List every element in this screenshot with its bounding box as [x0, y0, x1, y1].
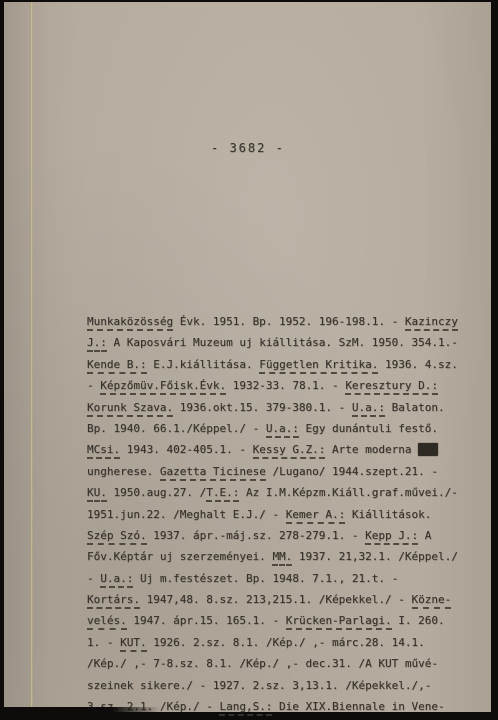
- text-segment: Keresztury D.:: [345, 379, 438, 395]
- text-segment: 1936.okt.15. 379-380.1. -: [173, 401, 352, 414]
- text-line: J.: A Kaposvári Muzeum uj kiállitása. Sz…: [87, 332, 479, 353]
- text-segment: Uj m.festészet. Bp. 1948. 7.1., 21.t. -: [133, 572, 398, 585]
- text-segment: 1926. 2.sz. 8.1. /Kép./ ,- márc.28. 14.1…: [147, 636, 425, 649]
- text-segment: 1950.aug.27. /: [107, 486, 206, 499]
- text-segment: Lang,S.:: [219, 700, 272, 716]
- text-line: - U.a.: Uj m.festészet. Bp. 1948. 7.1., …: [87, 568, 479, 589]
- text-line: /Kép./ ,- 7-8.sz. 8.1. /Kép./ ,- dec.31.…: [87, 653, 479, 674]
- bibliography-text-block: Munkaközösség Évk. 1951. Bp. 1952. 196-1…: [87, 311, 479, 717]
- text-line: Kende B.: E.J.kiállitása. Független Krit…: [87, 354, 479, 375]
- text-segment: 1936. 4.sz.: [378, 358, 457, 371]
- text-segment: 1937. ápr.-máj.sz. 278-279.1. -: [147, 529, 366, 542]
- text-segment: Az I.M.Képzm.Kiáll.graf.művei./-: [239, 486, 458, 499]
- text-segment: 1. -: [87, 636, 120, 649]
- text-segment: A Kaposvári Muzeum uj kiállitása. SzM. 1…: [107, 336, 458, 349]
- text-segment: U.a.:: [352, 401, 385, 417]
- text-segment: Kiállitások.: [345, 508, 431, 521]
- text-segment: MCsi.: [87, 443, 120, 459]
- scanned-page: { "page": { "number_label": "- 3682 -" }…: [0, 0, 498, 720]
- text-segment: KUT.: [120, 636, 147, 652]
- text-segment: Kazinczy: [405, 315, 458, 331]
- text-segment: Egy dunántuli festő.: [299, 422, 438, 435]
- text-segment: Kortárs.: [87, 593, 140, 609]
- text-line: Korunk Szava. 1936.okt.15. 379-380.1. - …: [87, 397, 479, 418]
- text-line: velés. 1947. ápr.15. 165.1. - Krücken-Pa…: [87, 610, 479, 631]
- text-segment: Kende B.:: [87, 358, 147, 374]
- text-segment: Független Kritika.: [259, 358, 378, 374]
- text-segment: Arte moderna: [325, 443, 418, 456]
- text-line: ungherese. Gazetta Ticinese /Lugano/ 194…: [87, 461, 479, 482]
- text-segment: szeinek sikere./ - 1927. 2.sz. 3,13.1. /…: [87, 679, 431, 692]
- text-segment: Főv.Képtár uj szerzeményei.: [87, 550, 272, 563]
- text-line: 1. - KUT. 1926. 2.sz. 8.1. /Kép./ ,- már…: [87, 632, 479, 653]
- text-line: - Képzőmüv.Főisk.Évk. 1932-33. 78.1. - K…: [87, 375, 479, 396]
- text-segment: ungherese.: [87, 465, 160, 478]
- text-segment: U.a.:: [266, 422, 299, 438]
- text-segment: 1951.jun.22. /Meghalt E.J./ -: [87, 508, 286, 521]
- text-segment: -: [87, 572, 100, 585]
- text-segment: KU.: [87, 486, 107, 502]
- text-segment: 1947,48. 8.sz. 213,215.1. /Képekkel./ -: [140, 593, 412, 606]
- text-segment: Gazetta Ticinese: [160, 465, 266, 481]
- text-segment: A: [418, 529, 431, 542]
- text-line: Szép Szó. 1937. ápr.-máj.sz. 278-279.1. …: [87, 525, 479, 546]
- text-segment: 1943. 402-405.1. -: [120, 443, 252, 456]
- text-segment: Kemer A.:: [286, 508, 346, 524]
- text-line: Bp. 1940. 66.1./Képpel./ - U.a.: Egy dun…: [87, 418, 479, 439]
- text-segment: velés.: [87, 614, 127, 630]
- text-segment: 1937. 21,32.1. /Képpel./: [292, 550, 458, 563]
- text-segment: Szép Szó.: [87, 529, 147, 545]
- text-segment: /Lugano/ 1944.szept.21. -: [266, 465, 438, 478]
- text-line: Főv.Képtár uj szerzeményei. MM. 1937. 21…: [87, 546, 479, 567]
- text-line: KU. 1950.aug.27. /T.E.: Az I.M.Képzm.Kiá…: [87, 482, 479, 503]
- text-segment: Képzőmüv.Főisk.Évk.: [100, 379, 226, 395]
- text-segment: Közne-: [412, 593, 452, 609]
- text-segment: /Kép./ ,- 7-8.sz. 8.1. /Kép./ ,- dec.31.…: [87, 657, 438, 670]
- text-segment: U.a.:: [100, 572, 133, 588]
- text-segment: Kepp J.:: [365, 529, 418, 545]
- text-segment: -: [87, 379, 100, 392]
- text-line: Munkaközösség Évk. 1951. Bp. 1952. 196-1…: [87, 311, 479, 332]
- scan-edge-shadow: [0, 707, 160, 720]
- text-segment: Die XIX.Biennale in Vene-: [272, 700, 444, 713]
- text-segment: Évk. 1951. Bp. 1952. 196-198.1. -: [173, 315, 405, 328]
- paper-crease-line: [30, 2, 33, 712]
- text-line: szeinek sikere./ - 1927. 2.sz. 3,13.1. /…: [87, 675, 479, 696]
- struck-out-text: xxx: [418, 443, 438, 456]
- text-segment: MM.: [272, 550, 292, 566]
- text-segment: Balaton.: [385, 401, 445, 414]
- text-segment: 1947. ápr.15. 165.1. -: [127, 614, 286, 627]
- text-line: MCsi. 1943. 402-405.1. - Kessy G.Z.: Art…: [87, 439, 479, 460]
- text-segment: Korunk Szava.: [87, 401, 173, 417]
- text-segment: Bp. 1940. 66.1./Képpel./ -: [87, 422, 266, 435]
- page-number: - 3682 -: [211, 141, 285, 155]
- text-line: 1951.jun.22. /Meghalt E.J./ - Kemer A.: …: [87, 504, 479, 525]
- text-segment: Kessy G.Z.:: [253, 443, 326, 459]
- text-segment: 1932-33. 78.1. -: [226, 379, 345, 392]
- text-segment: T.E.:: [206, 486, 239, 502]
- text-segment: I. 260.: [392, 614, 445, 627]
- text-segment: J.:: [87, 336, 107, 352]
- paper-sheet: - 3682 - Munkaközösség Évk. 1951. Bp. 19…: [4, 2, 491, 712]
- text-segment: Krücken-Parlagi.: [286, 614, 392, 630]
- text-line: Kortárs. 1947,48. 8.sz. 213,215.1. /Képe…: [87, 589, 479, 610]
- text-segment: E.J.kiállitása.: [147, 358, 260, 371]
- text-segment: Munkaközösség: [87, 315, 173, 331]
